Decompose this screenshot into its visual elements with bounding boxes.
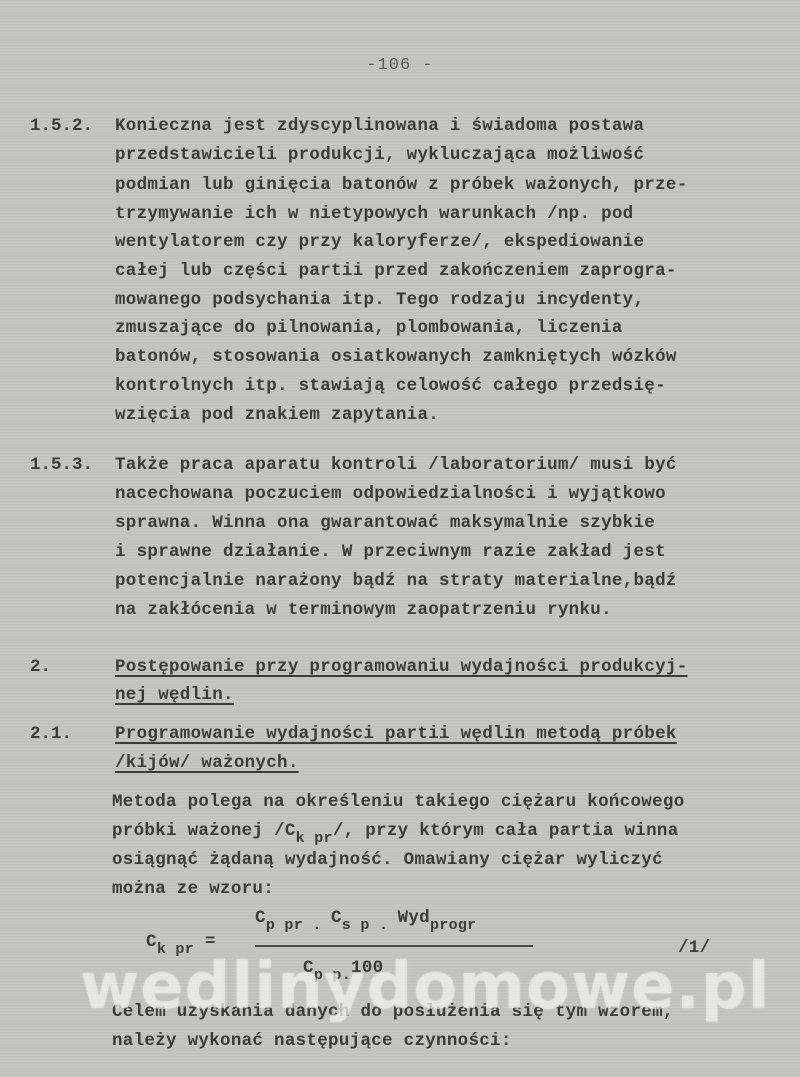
page-number: -106 -	[0, 56, 800, 75]
text-line: mowanego podsychania itp. Tego rodzaju i…	[115, 290, 644, 310]
text-line: zmuszające do pilnowania, plombowania, l…	[115, 318, 623, 338]
text-line: całej lub części partii przed zakończeni…	[115, 261, 677, 281]
text-line: i sprawne działanie. W przeciwnym razie …	[115, 542, 666, 562]
subscript: k pr	[296, 830, 333, 847]
document-page: -106 - 1.5.2. Konieczna jest zdyscyplino…	[0, 0, 800, 1077]
text-line: sprawna. Winna ona gwarantować maksymaln…	[115, 513, 655, 533]
section-number: 1.5.3.	[30, 455, 93, 475]
subscript: p pr	[266, 917, 303, 934]
dot: .	[370, 917, 398, 934]
heading-line: Postępowanie przy programowaniu wydajnoś…	[115, 657, 688, 677]
text-line: potencjalnie narażony bądź na straty mat…	[115, 571, 677, 591]
dot: .	[303, 917, 331, 934]
section-number: 1.5.2.	[30, 116, 93, 136]
text-fragment: /, przy którym cała partia winna	[333, 821, 679, 841]
heading-line: /kijów/ ważonych.	[115, 753, 299, 773]
section-number: 2.1.	[30, 724, 72, 744]
equals-sign: =	[205, 932, 216, 952]
fraction-bar	[255, 945, 533, 947]
watermark: wedlinydomowe.pl	[80, 950, 771, 1024]
text-line: należy wykonać następujące czynności:	[112, 1031, 512, 1051]
symbol: C	[146, 932, 157, 952]
text-line: przedstawicieli produkcji, wykluczająca …	[115, 145, 644, 165]
subscript: s p	[342, 917, 370, 934]
subscript: progr	[430, 917, 477, 934]
formula-numerator: Cp pr . Cs p . Wydprogr	[255, 908, 476, 929]
symbol: C	[331, 908, 342, 928]
text-line: Także praca aparatu kontroli /laboratori…	[115, 455, 677, 475]
text-line: próbki ważonej /Ck pr/, przy którym cała…	[112, 821, 679, 842]
text-line: osiągnąć żądaną wydajność. Omawiany cięż…	[112, 850, 663, 870]
text-line: Konieczna jest zdyscyplinowana i świadom…	[115, 116, 644, 136]
symbol: C	[255, 908, 266, 928]
text-fragment: próbki ważonej /C	[112, 821, 296, 841]
text-line: na zakłócenia w terminowym zaopatrzeniu …	[115, 600, 612, 620]
symbol: Wyd	[398, 908, 430, 928]
text-line: wentylatorem czy przy kaloryferze/, eksp…	[115, 232, 644, 252]
heading-line: nej wędlin.	[115, 685, 234, 705]
section-number: 2.	[30, 657, 51, 677]
text-line: można ze wzoru:	[112, 879, 274, 899]
text-line: nacechowana poczuciem odpowiedzialności …	[115, 484, 666, 504]
text-line: wzięcia pod znakiem zapytania.	[115, 405, 439, 425]
text-line: batonów, stosowania osiatkowanych zamkni…	[115, 347, 677, 367]
text-line: kontrolnych itp. stawiają celowość całeg…	[115, 376, 666, 396]
text-line: podmian lub ginięcia batonów z próbek wa…	[115, 175, 688, 195]
text-line: Metoda polega na określeniu takiego cięż…	[112, 792, 685, 812]
text-line: trzymywanie ich w nietypowych warunkach …	[115, 204, 633, 224]
heading-line: Programowanie wydajności partii wędlin m…	[115, 724, 677, 744]
